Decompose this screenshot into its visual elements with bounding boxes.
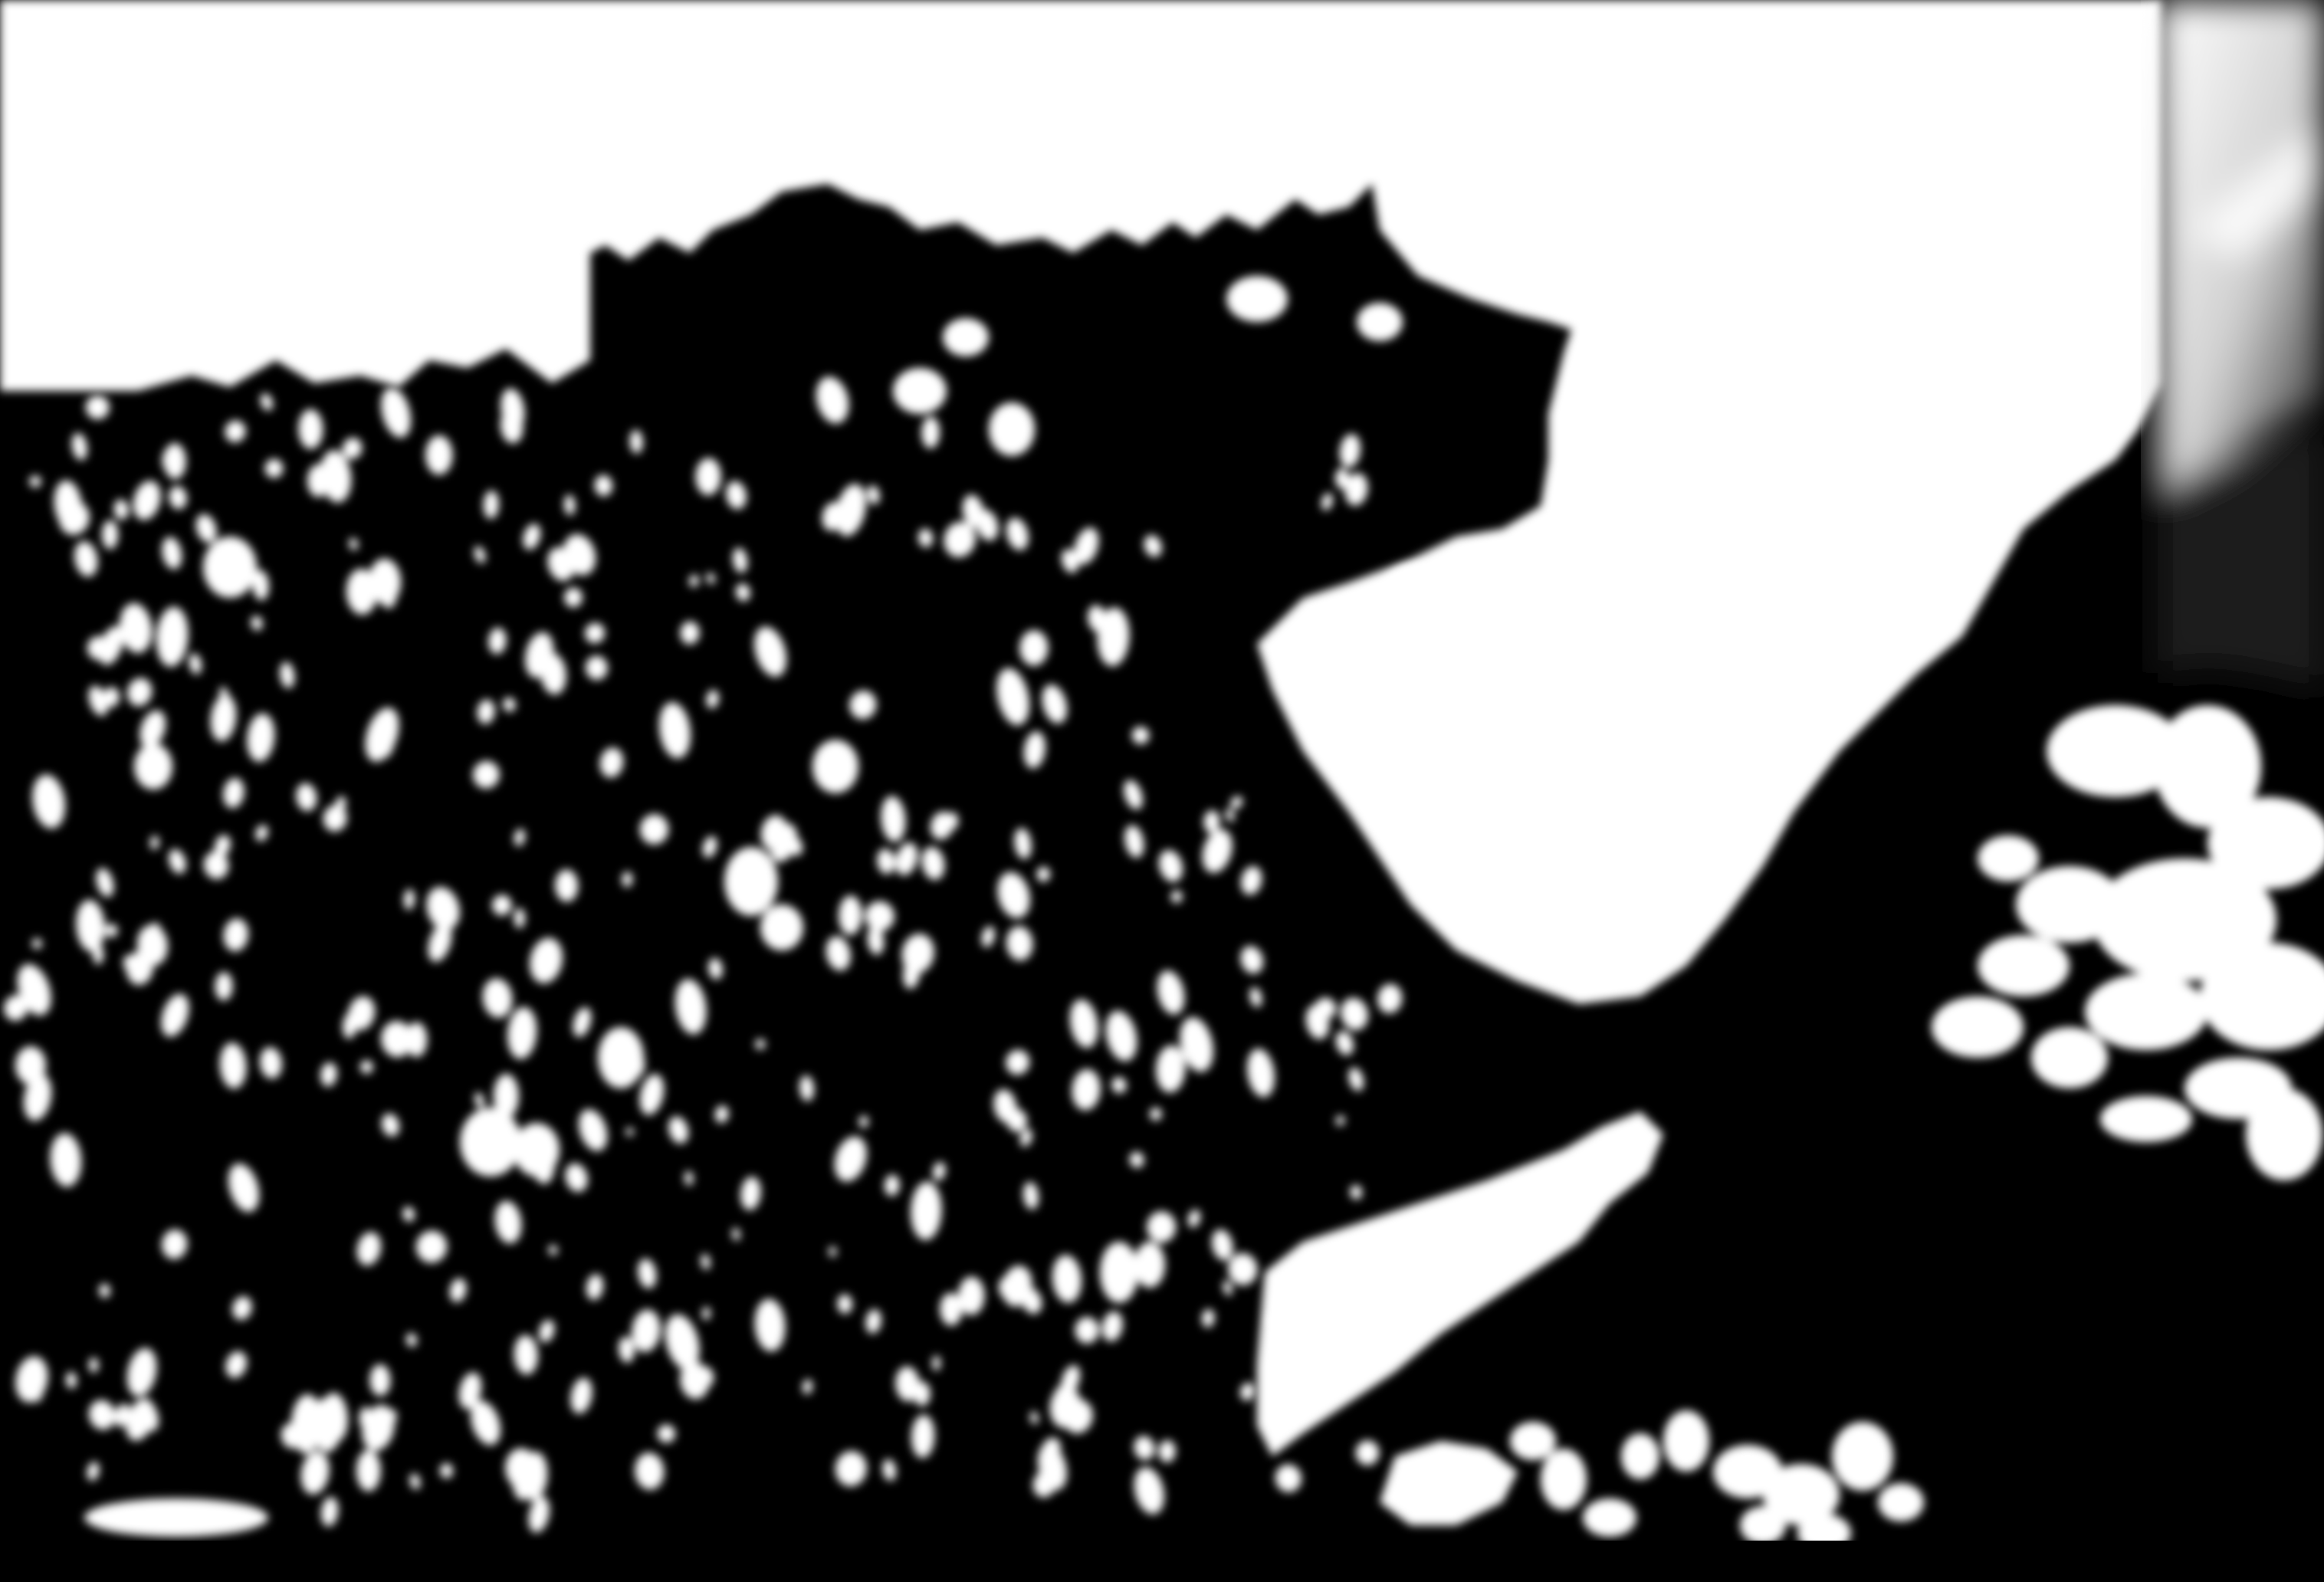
mask-image-canvas: Cloud mask xyxy=(0,0,2324,1582)
cloud-mask-image xyxy=(0,0,2324,1582)
